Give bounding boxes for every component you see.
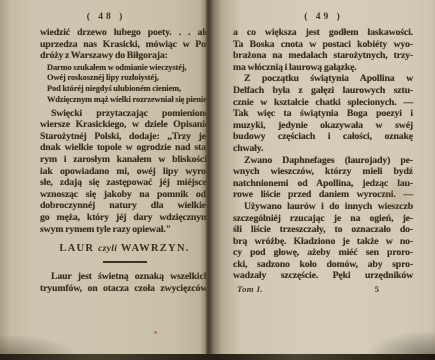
text-line: Pod któréj niegdyś ulubioném cieniem, xyxy=(47,84,209,95)
section-divider-rule xyxy=(103,261,147,263)
text-line: swym rymem tyle razy opiewał." xyxy=(40,224,209,236)
page-number-right: ( 49 ) xyxy=(212,0,435,22)
text-line: dróży z Warszawy do Biłgoraja: xyxy=(40,50,209,62)
text-line: wadzały szczęście. Pęki urzędników xyxy=(233,270,413,282)
text-line: cki, sadzono koło domów, aby spro- xyxy=(233,259,413,271)
paper-speck xyxy=(258,121,260,123)
text-line: cy pod głowę, ażeby miéć sen proro- xyxy=(233,247,413,259)
text-line: go męża, który jéj dary wdzięcznym xyxy=(40,212,209,224)
text-line: wnych wieszczów, którzy mieli bydź xyxy=(233,166,413,178)
text-line: Tak więc ta świątynia Boga poezyi i xyxy=(233,108,413,120)
paragraph-block: wiedzić drzewo lubego poety. . . aleuprz… xyxy=(40,27,209,62)
text-line: Starożytnéj Polski, dodaje: „Trzy je- xyxy=(40,131,209,143)
page-footer: Tom I. 5 xyxy=(237,284,379,294)
text-line: Wdzięcznym mąż wielki rozrzewniał się pi… xyxy=(47,95,209,106)
text-line: rym i zarosłym kanałem w bliskości, xyxy=(40,154,209,166)
text-line: natchnionemi od Apollina, jedząc lau- xyxy=(233,178,413,190)
page-left: ( 48 ) wiedzić drzewo lubego poety. . . … xyxy=(0,0,212,360)
footer-volume-label: Tom I. xyxy=(237,284,263,294)
text-line: rowe liście przed daniem wyroczni. — xyxy=(233,189,413,201)
section-heading-part: LAUR xyxy=(59,243,94,254)
text-line: wznosząc się jakoby na pomnik od- xyxy=(40,189,209,201)
text-line: muzyki, jedynie okazywała w swéj xyxy=(233,120,413,132)
page-left-content: wiedzić drzewo lubego poety. . . aleuprz… xyxy=(40,27,209,294)
text-line: ma włócznią i laurową gałązkę. xyxy=(233,62,413,74)
text-line: a co większa jest godłem łaskawości. xyxy=(233,27,413,39)
text-line: budowy częściach i całości, oznakę xyxy=(233,131,413,143)
paragraph-block: Używano laurów i do innych wieszczbszcze… xyxy=(233,201,413,282)
text-line: Delfach była z gałęzi laurowych sztu- xyxy=(233,85,413,97)
text-line: wiersze Krasickiego, w dziele Opisanie xyxy=(40,119,209,131)
text-line: Swięcki przytaczając pomienione xyxy=(40,108,209,120)
text-line: brażona na medalach starożytnych, trzy- xyxy=(233,50,413,62)
poem-block: Darmo szukałem w odmianie wieczystéj,Owé… xyxy=(47,63,209,106)
paragraph-block: Z początku świątynia Apollina wDelfach b… xyxy=(233,73,413,154)
text-line: szczególniéj rzucając je na ogień, je- xyxy=(233,213,413,225)
paragraph-block: Laur jest świetną oznaką wszelkichtryumf… xyxy=(40,271,209,294)
text-line: dnak wielkie topole w ogrodzie nad sta- xyxy=(40,142,209,154)
text-line: Darmo szukałem w odmianie wieczystéj, xyxy=(47,63,209,74)
page-number-left: ( 48 ) xyxy=(0,0,212,22)
text-line: Z początku świątynia Apollina w xyxy=(233,73,413,85)
text-line: Owéj roskosznéj lipy rozłoiystéj, xyxy=(47,73,209,84)
paper-speck xyxy=(154,331,157,334)
section-heading-part: WAWRZYN. xyxy=(121,243,190,254)
section-heading-part: czyli xyxy=(98,243,117,254)
paragraph-block: Swięcki przytaczając pomienionewiersze K… xyxy=(40,108,209,236)
text-line: cznie w kształcie chatki splecionych. — xyxy=(233,97,413,109)
text-line: Używano laurów i do innych wieszczb xyxy=(233,201,413,213)
text-line: tryumfów, on otacza czoła zwycięzców, xyxy=(40,283,209,295)
footer-signature-number: 5 xyxy=(375,284,379,294)
scan-bottom-edge-shadow xyxy=(0,354,435,360)
text-line: Zwano Daphnefages (laurojady) pe- xyxy=(233,155,413,167)
text-line: Ta Boska cnota w postaci kobiéty wyo- xyxy=(233,39,413,51)
paragraph-block: a co większa jest godłem łaskawości.Ta B… xyxy=(233,27,413,73)
text-line: dobroczynnéj natury dla wielkie- xyxy=(40,200,209,212)
book-scan: ( 48 ) wiedzić drzewo lubego poety. . . … xyxy=(0,0,435,360)
text-line: iak opowiadano mi, owéj lipy wyro- xyxy=(40,166,209,178)
section-heading: LAUR czyli WAWRZYN. xyxy=(40,243,209,254)
text-line: wiedzić drzewo lubego poety. . . ale xyxy=(40,27,209,39)
text-line: słe, zdają się zastępować jéj miéjsce, xyxy=(40,177,209,189)
text-line: chwały. xyxy=(233,143,413,155)
text-line: uprzedza nas Krasicki, mówiąc w Po- xyxy=(40,39,209,51)
paragraph-block: Zwano Daphnefages (laurojady) pe-wnych w… xyxy=(233,155,413,201)
text-line: Laur jest świetną oznaką wszelkich xyxy=(40,271,209,283)
page-right: ( 49 ) a co większa jest godłem łaskawoś… xyxy=(212,0,435,360)
text-line: śli liście trzeszczały, to oznaczało do- xyxy=(233,224,413,236)
text-line: brą wróżbę. Kładziono je także w no- xyxy=(233,236,413,248)
page-right-content: a co większa jest godłem łaskawości.Ta B… xyxy=(233,27,413,282)
